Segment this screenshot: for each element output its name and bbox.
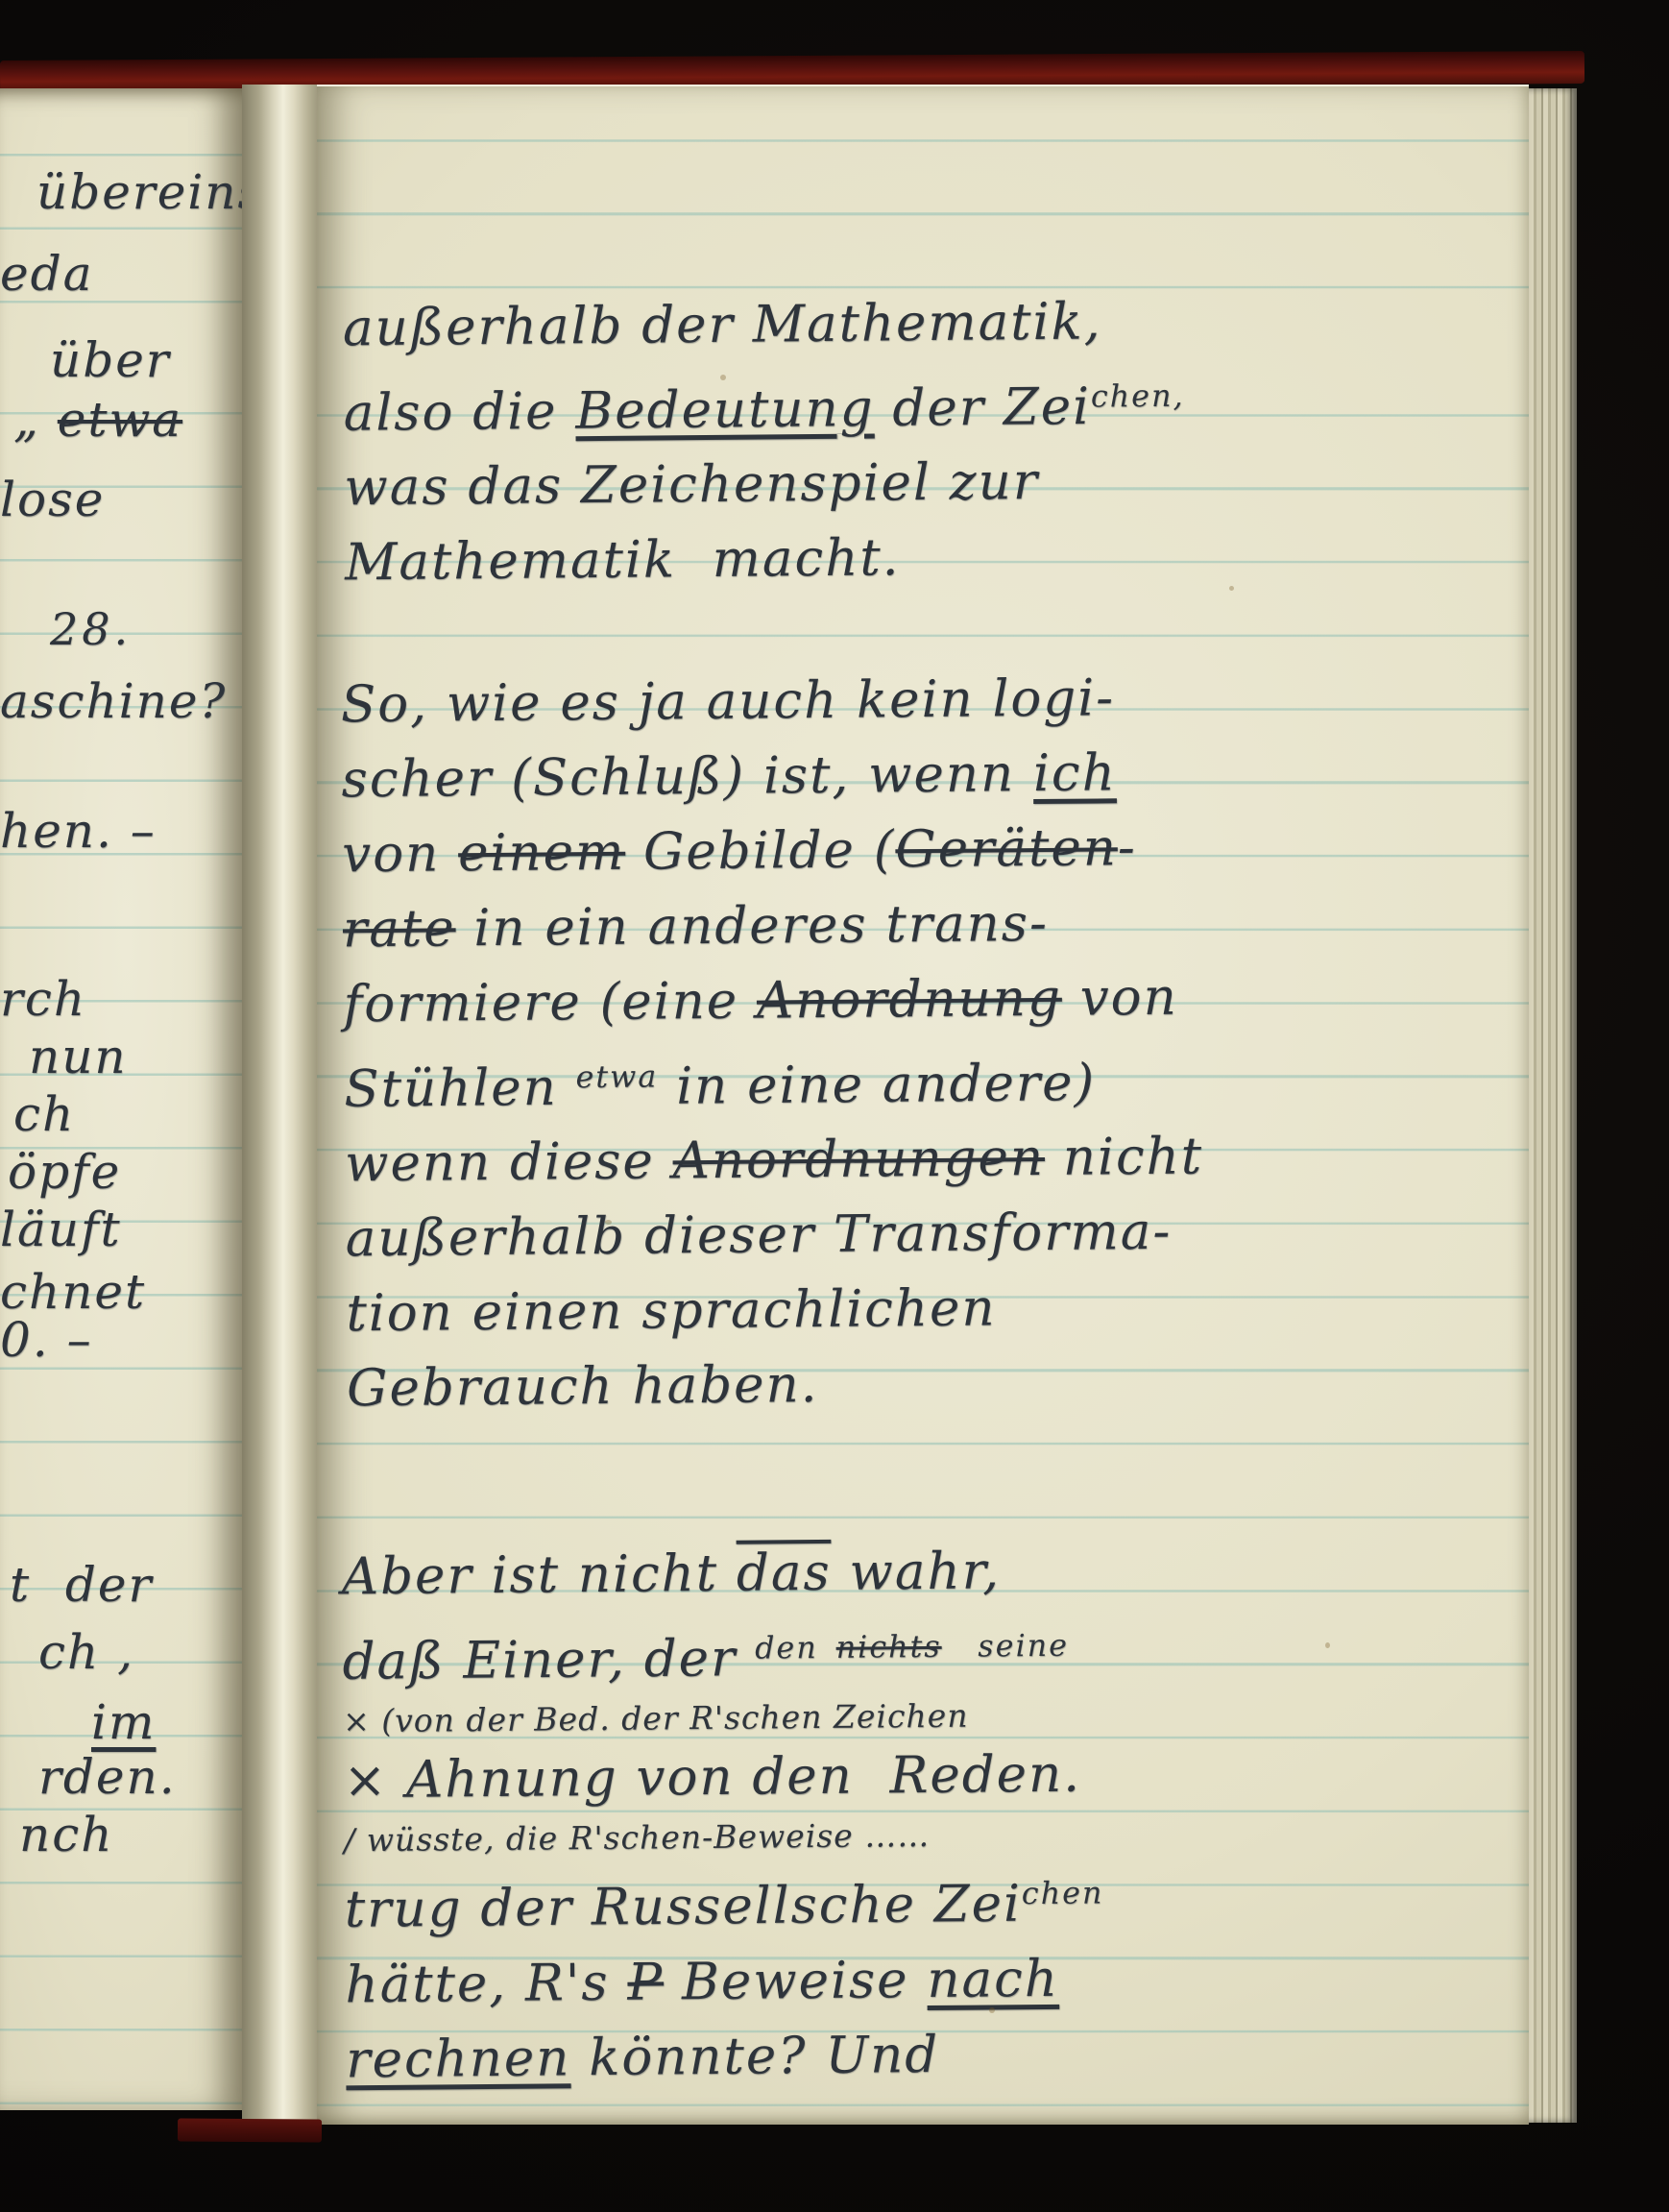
handwritten-paragraph: So, wie es ja auch kein logi-scher (Schl… bbox=[341, 658, 1519, 1427]
handwritten-line: hätte, R's P Beweise nach bbox=[345, 1938, 1517, 2024]
text-segment: Gebrauch haben. bbox=[347, 1356, 819, 1419]
text-segment: - bbox=[1118, 818, 1137, 877]
text-segment: ch bbox=[13, 1086, 75, 1142]
left-page-fragment: eda bbox=[0, 245, 93, 303]
left-page-fragment: rch bbox=[0, 970, 86, 1028]
left-page-fragment: läuft bbox=[0, 1201, 122, 1258]
text-segment: rechnen bbox=[346, 2029, 571, 2089]
text-segment: „ bbox=[13, 392, 58, 448]
left-page-fragment: rden. bbox=[38, 1748, 177, 1806]
text-segment: ich bbox=[1033, 743, 1117, 803]
paper-speck bbox=[989, 2007, 995, 2013]
text-segment: scher (Schluß) ist, wenn bbox=[341, 744, 1033, 809]
text-segment: Beweise bbox=[664, 1951, 928, 2011]
handwritten-line: was das Zeichenspiel zur bbox=[344, 441, 1516, 526]
text-segment: seine bbox=[978, 1628, 1069, 1665]
text-segment: wahr, bbox=[831, 1542, 1001, 1602]
handwritten-line: rechnen könnte? Und bbox=[346, 2013, 1518, 2099]
text-segment: Gebilde ( bbox=[625, 820, 896, 881]
handwritten-line: von einem Gebilde (Geräten- bbox=[342, 808, 1514, 893]
text-segment: 28. bbox=[50, 603, 132, 655]
left-page-fragment: über bbox=[50, 331, 171, 389]
left-page-sliver: übereinst…edaüber„ etwalose28.aschine?he… bbox=[0, 88, 242, 2110]
text-segment: Anordnung bbox=[757, 969, 1062, 1031]
text-segment: außerhalb der Mathematik, bbox=[343, 292, 1102, 357]
text-segment: × Ahnung von den Reden. bbox=[343, 1745, 1081, 1811]
handwritten-line: Aber ist nicht das wahr, bbox=[341, 1530, 1513, 1616]
text-segment: nch bbox=[19, 1807, 113, 1862]
text-segment: das bbox=[737, 1544, 832, 1603]
left-page-fragment: 28. bbox=[50, 600, 132, 658]
left-page-fragment: aschine? bbox=[0, 672, 227, 730]
text-segment: etwa bbox=[575, 1058, 658, 1095]
handwritten-line: trug der Russellsche Zeichen bbox=[344, 1853, 1516, 1948]
gutter-fold bbox=[242, 85, 317, 2121]
text-segment: also die bbox=[343, 382, 575, 443]
text-segment: × (von der Bed. der R'schen Zeichen bbox=[343, 1697, 969, 1740]
text-segment: chen, bbox=[1091, 378, 1185, 415]
text-segment: ∕ wüsste, die R'schen-Beweise …… bbox=[344, 1816, 930, 1859]
notebook-scan: übereinst…edaüber„ etwalose28.aschine?he… bbox=[0, 0, 1669, 2212]
handwritten-paragraph: außerhalb der Mathematik,also die Bedeut… bbox=[343, 281, 1517, 601]
left-page-fragment: öpfe bbox=[8, 1143, 121, 1201]
left-page-fragments: übereinst…edaüber„ etwalose28.aschine?he… bbox=[0, 88, 242, 2110]
left-page-fragment: 0. – bbox=[0, 1311, 93, 1369]
text-segment: im bbox=[91, 1694, 156, 1750]
text-segment: Anordnungen bbox=[672, 1129, 1045, 1190]
text-segment: lose bbox=[0, 472, 105, 527]
text-segment: So, wie es ja auch kein logi- bbox=[341, 668, 1116, 734]
text-segment: außerhalb dieser Transforma- bbox=[346, 1203, 1173, 1269]
handwritten-line: Mathematik macht. bbox=[345, 516, 1517, 601]
text-segment: eda bbox=[0, 246, 93, 302]
text-segment: nicht bbox=[1045, 1128, 1204, 1187]
paper-speck bbox=[720, 375, 726, 380]
text-segment: könnte? Und bbox=[570, 2026, 939, 2087]
handwritten-line: tion einen sprachlichen bbox=[346, 1267, 1518, 1352]
text-segment: chen bbox=[1022, 1876, 1104, 1912]
text-segment: 0. – bbox=[0, 1312, 93, 1368]
text-segment: nach bbox=[927, 1950, 1059, 2009]
text-segment bbox=[818, 1628, 836, 1687]
text-segment: von bbox=[342, 824, 458, 884]
handwritten-line: × Ahnung von den Reden. bbox=[343, 1734, 1515, 1819]
left-page-fragment: ch bbox=[13, 1085, 75, 1143]
left-page-fragment: nun bbox=[29, 1028, 128, 1085]
paper-speck bbox=[1325, 1642, 1330, 1648]
left-page-fragment: im bbox=[91, 1693, 156, 1751]
text-segment: daß Einer, der bbox=[342, 1629, 755, 1691]
text-segment: hätte, R's bbox=[345, 1954, 627, 2015]
text-segment: wenn diese bbox=[345, 1132, 673, 1194]
text-segment: in eine andere) bbox=[658, 1054, 1096, 1116]
text-segment: der Zei bbox=[874, 377, 1091, 438]
paper-speck bbox=[1229, 586, 1234, 591]
handwritten-line: rate in ein anderes trans- bbox=[343, 883, 1515, 968]
page-edge-stack bbox=[1529, 88, 1577, 2123]
text-segment: nun bbox=[29, 1029, 128, 1084]
text-segment: P bbox=[627, 1953, 664, 2011]
text-segment: übereinst… bbox=[36, 164, 242, 220]
text-segment: ch , bbox=[38, 1624, 134, 1680]
text-segment: Mathematik macht. bbox=[345, 529, 901, 593]
text-segment: in ein anderes trans- bbox=[455, 894, 1049, 958]
handwritten-line: So, wie es ja auch kein logi- bbox=[341, 658, 1513, 743]
text-segment: hen. – bbox=[0, 803, 157, 859]
handwritten-line: außerhalb der Mathematik, bbox=[343, 281, 1515, 367]
text-segment: Aber ist nicht bbox=[342, 1544, 738, 1607]
handwritten-line: also die Bedeutung der Zeichen, bbox=[343, 356, 1515, 451]
text-segment: rden. bbox=[38, 1749, 177, 1805]
handwritten-line: scher (Schluß) ist, wenn ich bbox=[341, 733, 1513, 818]
text-segment: läuft bbox=[0, 1202, 122, 1257]
text-segment: tion einen sprachlichen bbox=[346, 1279, 997, 1344]
text-segment bbox=[941, 1627, 978, 1686]
text-segment: öpfe bbox=[8, 1144, 121, 1200]
handwritten-line: außerhalb dieser Transforma- bbox=[345, 1192, 1517, 1277]
text-segment: den bbox=[755, 1630, 818, 1666]
text-segment: t der bbox=[10, 1557, 153, 1613]
right-page-text: außerhalb der Mathematik,also die Bedeut… bbox=[317, 86, 1529, 2125]
text-segment: rate bbox=[343, 899, 456, 959]
handwritten-line: Stühlen etwa in eine andere) bbox=[344, 1033, 1516, 1128]
handwritten-paragraph: Aber ist nicht das wahr,daß Einer, der d… bbox=[341, 1530, 1517, 2099]
text-segment: etwa bbox=[58, 392, 182, 448]
left-page-fragment: übereinst… bbox=[36, 163, 242, 221]
right-page: außerhalb der Mathematik,also die Bedeut… bbox=[317, 85, 1529, 2125]
text-segment: Bedeutung bbox=[575, 379, 875, 441]
left-page-fragment: „ etwa bbox=[13, 391, 182, 449]
text-segment: über bbox=[50, 332, 171, 388]
text-segment: von bbox=[1062, 968, 1178, 1028]
handwritten-line: daß Einer, der den nichts seine bbox=[342, 1605, 1514, 1700]
text-segment: nichts bbox=[835, 1629, 941, 1665]
text-segment: was das Zeichenspiel zur bbox=[344, 452, 1039, 517]
handwritten-line: Gebrauch haben. bbox=[347, 1342, 1519, 1427]
text-segment: rch bbox=[0, 971, 86, 1027]
text-segment: einem bbox=[458, 823, 626, 884]
binding-bottom-edge bbox=[178, 2118, 322, 2142]
left-page-fragment: hen. – bbox=[0, 802, 157, 860]
text-segment: formiere (eine bbox=[343, 972, 757, 1034]
left-page-fragment: t der bbox=[10, 1556, 153, 1614]
text-segment: Geräten bbox=[895, 818, 1118, 879]
left-page-fragment: lose bbox=[0, 471, 105, 528]
paper-speck bbox=[605, 1220, 612, 1225]
left-page-fragment: ch , bbox=[38, 1623, 134, 1681]
handwritten-line: formiere (eine Anordnung von bbox=[343, 958, 1515, 1043]
text-segment: Stühlen bbox=[344, 1058, 576, 1119]
text-segment: trug der Russellsche Zei bbox=[345, 1875, 1023, 1939]
left-page-fragment: nch bbox=[19, 1806, 113, 1863]
handwritten-line: wenn diese Anordnungen nicht bbox=[345, 1117, 1517, 1203]
text-segment: aschine? bbox=[0, 673, 227, 729]
